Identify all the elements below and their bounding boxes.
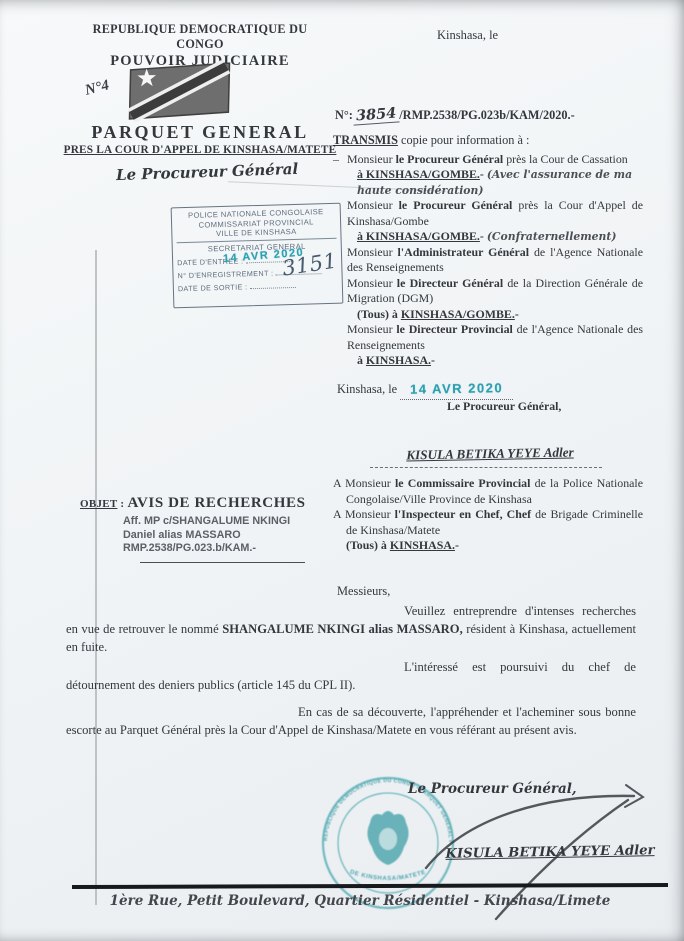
ref-rest: /RMP.2538/PG.023b/KAM/2020.- [399, 108, 574, 122]
police-registry-stamp: POLICE NATIONALE CONGOLAISE COMMISSARIAT… [171, 203, 344, 309]
signer-title-top: Le Procureur Général, [447, 399, 561, 414]
document-page: REPUBLIQUE DEMOCRATIQUE DU CONGO POUVOIR… [0, 0, 684, 941]
date-stamp-underline: 14 AVR 2020 [400, 381, 513, 400]
addressee-block: A Monsieur le Commissaire Provincial de … [333, 476, 643, 554]
stamp-exit-row: DATE DE SORTIE : [178, 280, 338, 294]
body-paragraph-2: L'intéressé est poursuivi du chef de dét… [66, 658, 636, 694]
office-title: PARQUET GENERAL [70, 122, 330, 143]
addressee-1: A Monsieur le Commissaire Provincial de … [333, 476, 643, 507]
transmis-heading: TRANSMIS copie pour information à : [333, 133, 643, 149]
objet-block: OBJET : AVIS DE RECHERCHES Aff. MP c/SHA… [80, 494, 325, 563]
body-paragraph-1: Veuillez entreprendre d'intenses recherc… [66, 602, 636, 656]
ref-number-handwritten: 3854 [352, 104, 400, 125]
dash-bullet: – [333, 152, 339, 168]
ref-label: N°: [335, 108, 353, 122]
objet-underline [140, 562, 305, 563]
signer-name-top: KISULA BETIKA YEYE Adler [365, 444, 615, 464]
city-date-line: Kinshasa, le [437, 28, 498, 43]
signature-date-stamp: 14 AVR 2020 [410, 380, 503, 397]
destination-line: à KINSHASA/GOMBE.- (Avec l'assurance de … [347, 167, 643, 198]
dotted-fill [250, 281, 296, 289]
addressee-all: (Tous) à KINSHASA.- [333, 538, 643, 554]
signer-title-bottom: Le Procureur Général, [408, 781, 577, 797]
office-holder-script: Le Procureur Général [116, 160, 299, 184]
objet-case-line-2: Daniel alias MASSARO [80, 529, 325, 543]
registration-number-handwritten: 3151 [282, 256, 338, 274]
transmis-item-5: Monsieur le Directeur Provincial de l'Ag… [333, 322, 643, 369]
objet-line: OBJET : AVIS DE RECHERCHES [80, 494, 325, 512]
objet-case-line-1: Aff. MP c/SHANGALUME NKINGI [80, 515, 325, 529]
footer-address: 1ère Rue, Petit Boulevard, Quartier Rési… [90, 893, 630, 909]
signature-dateline: Kinshasa, le 14 AVR 2020 [337, 381, 513, 400]
objet-case-line-3: RMP.2538/PG.023.b/KAM.- [80, 542, 325, 556]
destination-line: à KINSHASA/GOMBE.- (Confraternellement) [347, 229, 643, 245]
body-paragraph-3: En cas de sa découverte, l'appréhender e… [66, 703, 636, 739]
country-title: REPUBLIQUE DEMOCRATIQUE DU CONGO [70, 22, 330, 52]
greeting: Messieurs, [337, 584, 390, 599]
transmis-item-2: Monsieur le Procureur Général près la Co… [333, 198, 643, 245]
office-subtitle: PRES LA COUR D'APPEL DE KINSHASA/MATETE [58, 144, 342, 156]
destination-line: (Tous) à KINSHASA/GOMBE.- [347, 307, 643, 323]
addressee-2: A Monsieur l'Inspecteur en Chef, Chef de… [333, 507, 643, 538]
scan-artifact-vertical-line [95, 250, 97, 905]
handwritten-margin-note: N°4 [83, 77, 111, 99]
transmis-item-4: Monsieur le Directeur Général de la Dire… [333, 276, 643, 323]
dashed-underline [370, 467, 602, 468]
destination-line: à KINSHASA.- [347, 353, 643, 369]
transmis-item-3: Monsieur l'Administrateur Général de l'A… [333, 245, 643, 276]
drc-flag-image [126, 60, 233, 122]
reference-number-line: N°:3854/RMP.2538/PG.023b/KAM/2020.- [335, 106, 575, 124]
transmis-item-1: – Monsieur le Procureur Général près la … [333, 152, 643, 199]
transmis-block: TRANSMIS copie pour information à : – Mo… [333, 133, 643, 369]
